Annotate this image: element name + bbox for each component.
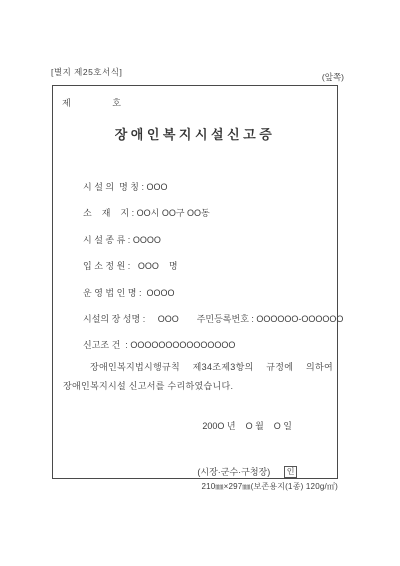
- paper-spec-footer: 210㎜×297㎜(보존용지(1종) 120g/㎡): [201, 481, 338, 492]
- field-value: OOOOOOOOOOOOOOO: [130, 340, 235, 350]
- field-separator: :: [129, 208, 137, 218]
- field-value: OOOO: [144, 288, 175, 298]
- field-value: OO시 OO구 OO동: [137, 208, 210, 218]
- field-value: OOO: [147, 182, 168, 192]
- document-number-line: 제 호: [62, 96, 121, 109]
- field-row-capacity: 입 소 정 원 : OOO 명: [63, 249, 329, 275]
- doc-no-prefix: 제: [62, 98, 71, 108]
- field-label: 입 소 정 원: [83, 261, 125, 271]
- field-row-facility-type: 시 설 종 류 : OOOO: [63, 223, 329, 249]
- field-label: 운 영 법 인 명: [83, 288, 136, 298]
- certificate-body-text: 장애인복지법시행규칙 제34조제3항의 규정에 의하여 장애인복지시설 신고서를…: [63, 358, 333, 395]
- issuer-title: (시장·군수·구청장): [197, 467, 270, 477]
- certificate-border-box: 제 호 장애인복지시설신고증 시 설 의 명 칭 : OOO 소 재 지 : O…: [52, 85, 338, 479]
- field-label: 시 설 의 명 칭: [83, 182, 139, 192]
- scanned-form-page: [별지 제25호서식] (앞쪽) 제 호 장애인복지시설신고증 시 설 의 명 …: [0, 0, 400, 566]
- form-reference-label: [별지 제25호서식]: [51, 66, 122, 78]
- field-row-director: 시설의 장 성명 : OOO주민등록번호 : OOOOOO-OOOOOO: [63, 302, 329, 328]
- seal-placeholder: 인: [284, 466, 297, 478]
- field-row-conditions: 신고조 건 : OOOOOOOOOOOOOOO: [63, 328, 329, 354]
- field-value-resident-number: OOOOOO-OOOOOO: [256, 314, 343, 324]
- field-label-resident-number: 주민등록번호: [197, 314, 249, 324]
- field-separator: :: [125, 235, 133, 245]
- field-separator: :: [137, 288, 145, 298]
- field-separator: :: [125, 261, 133, 271]
- certificate-title: 장애인복지시설신고증: [53, 124, 337, 143]
- field-label: 시 설 종 류: [83, 235, 125, 245]
- field-label: 시설의 장 성명: [83, 314, 140, 324]
- issue-date-line: 200O 년 O 월 O 일: [202, 419, 292, 432]
- field-list: 시 설 의 명 칭 : OOO 소 재 지 : OO시 OO구 OO동 시 설 …: [63, 170, 329, 355]
- field-value: OOO 명: [133, 261, 178, 271]
- field-separator: :: [140, 314, 148, 324]
- field-value: OOO: [148, 314, 179, 324]
- field-row-operator: 운 영 법 인 명 : OOOO: [63, 276, 329, 302]
- field-separator: :: [139, 182, 147, 192]
- field-row-address: 소 재 지 : OO시 OO구 OO동: [63, 196, 329, 222]
- field-label: 소 재 지: [83, 208, 129, 218]
- field-label: 신고조 건: [83, 340, 123, 350]
- front-side-label: (앞쪽): [322, 71, 344, 83]
- field-row-facility-name: 시 설 의 명 칭 : OOO: [63, 170, 329, 196]
- field-value: OOOO: [133, 235, 161, 245]
- doc-no-suffix: 호: [112, 96, 121, 109]
